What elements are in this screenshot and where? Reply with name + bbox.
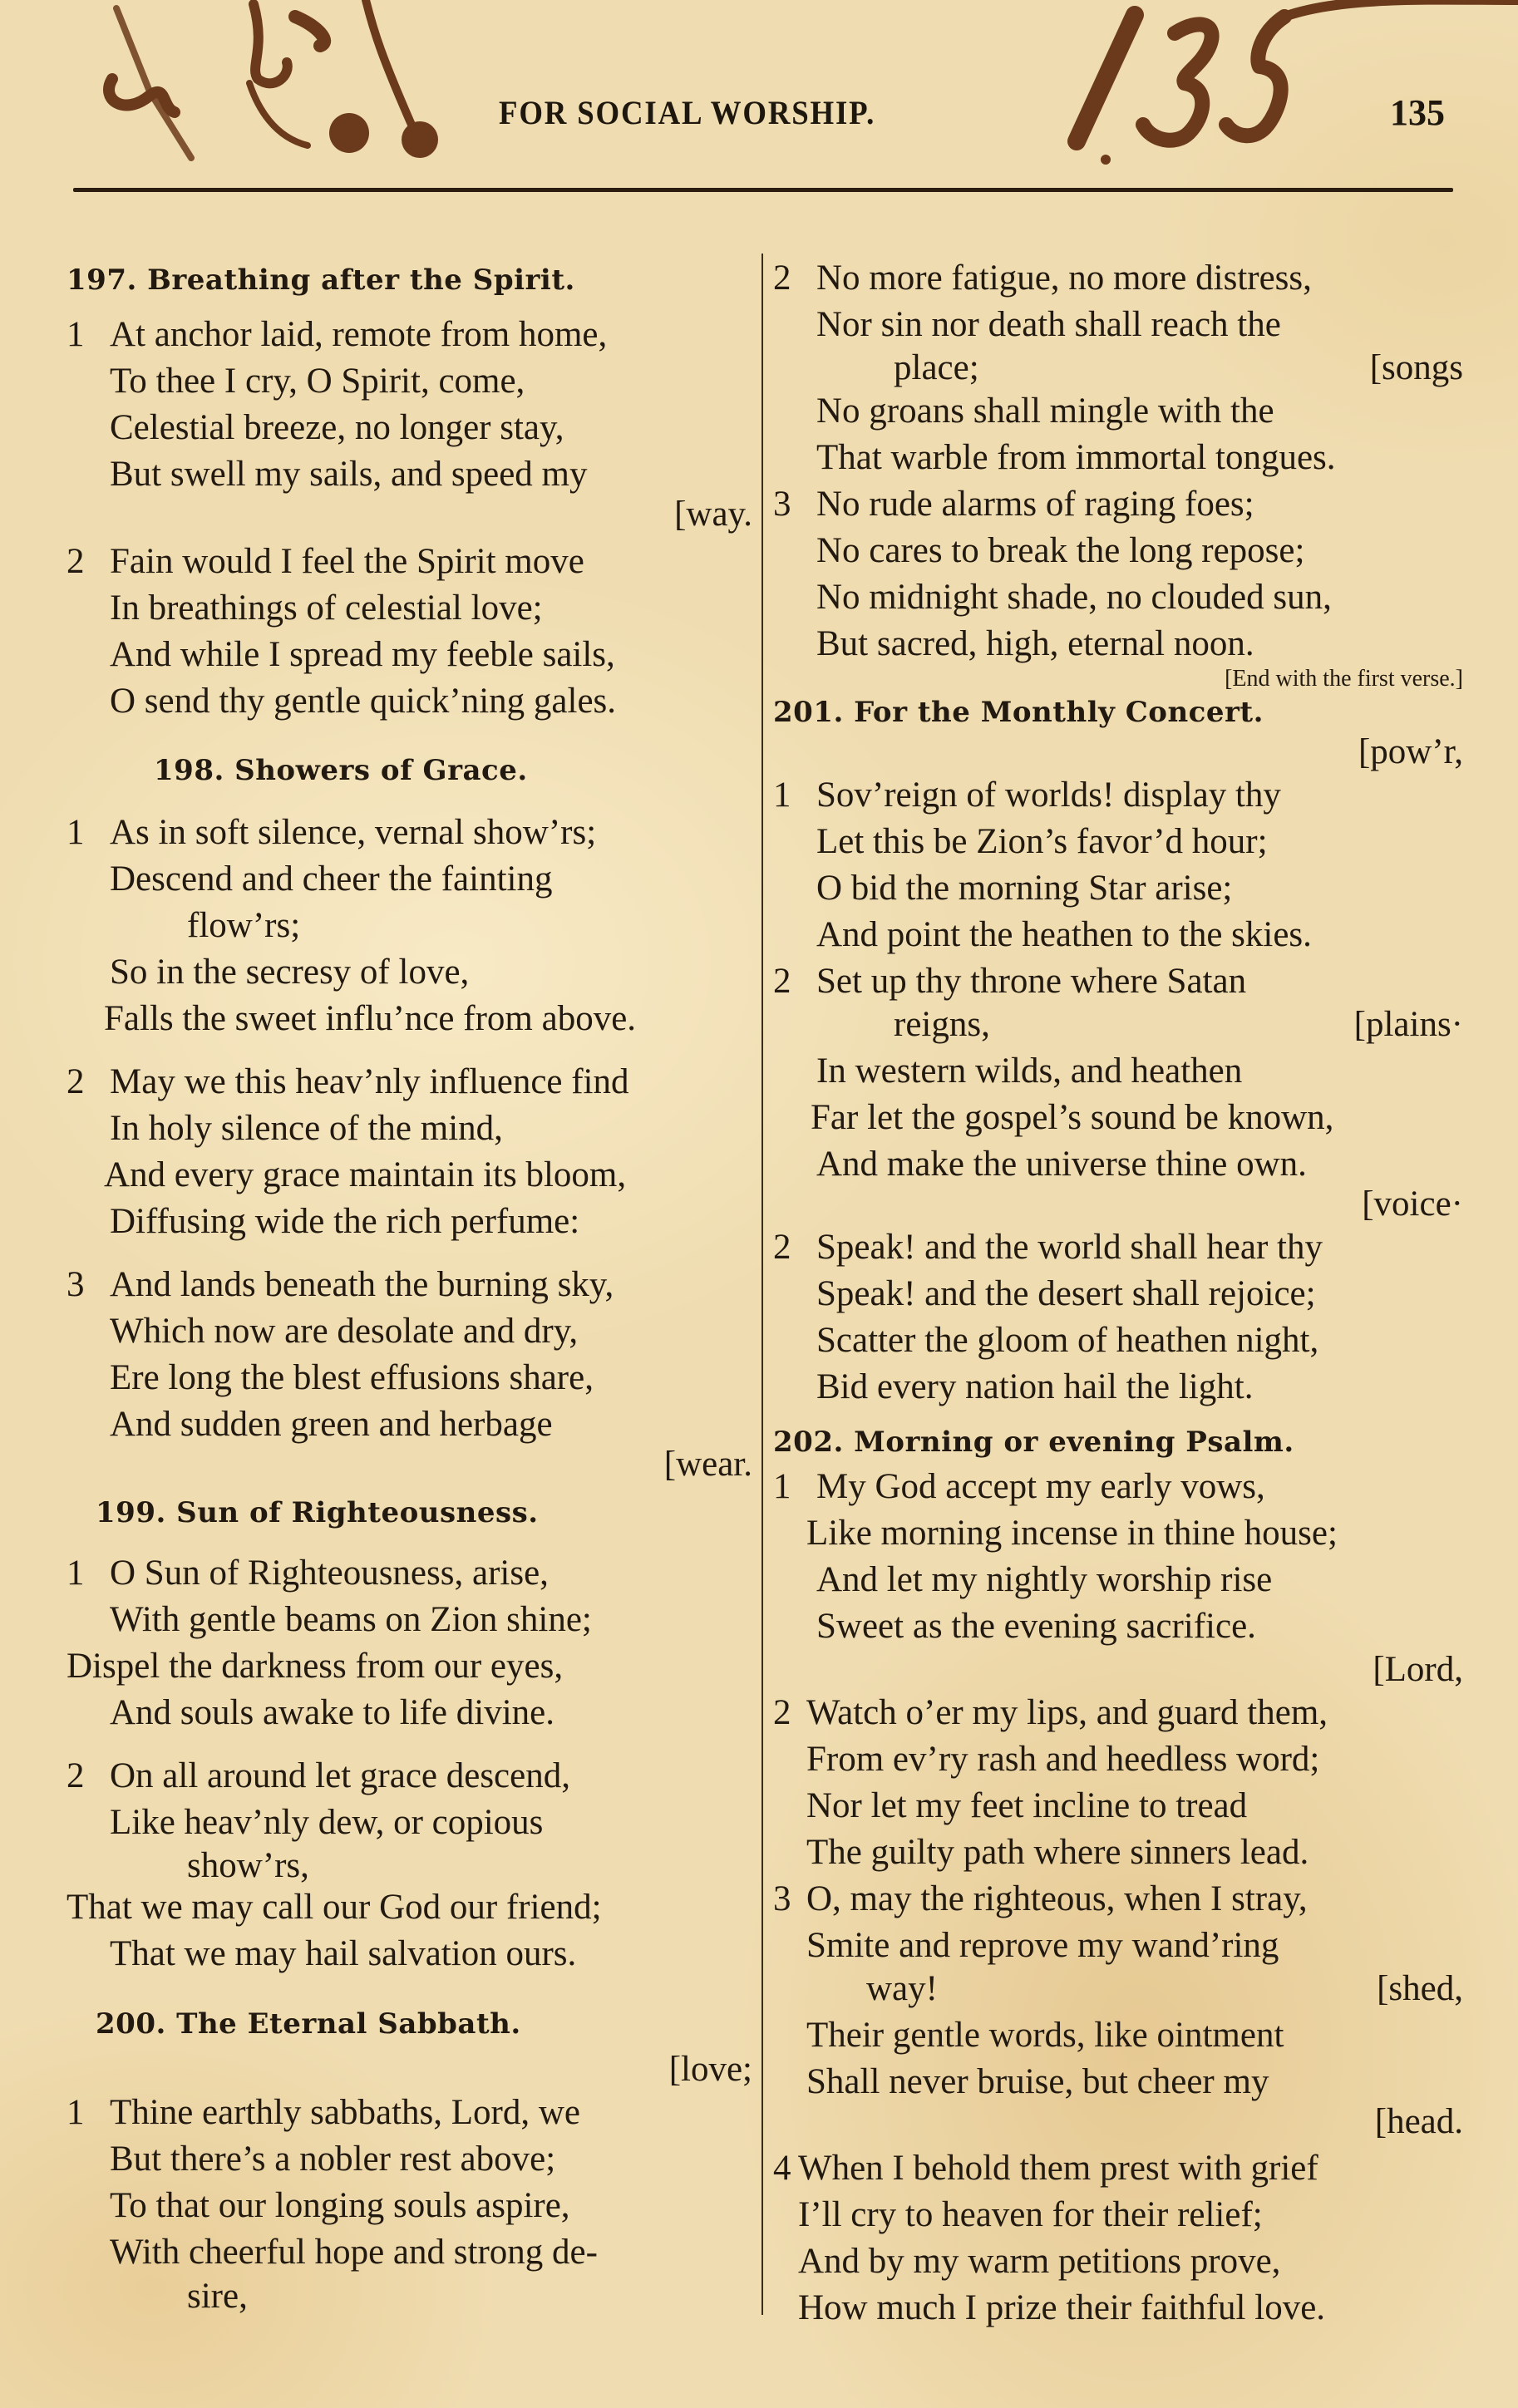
line-text: Sweet as the evening sacrifice.: [816, 1606, 1256, 1647]
page-number: 135: [1390, 91, 1445, 134]
line-text: place;: [894, 347, 979, 389]
line-text: From ev’ry rash and heedless word;: [806, 1739, 1319, 1780]
line-text: reigns,: [894, 1004, 990, 1046]
line-text: In breathings of celestial love;: [110, 588, 543, 629]
line-text: [wear.: [664, 1444, 752, 1485]
line-text: May we this heav’nly influence find: [110, 1061, 629, 1103]
line-text: And let my nightly worship rise: [816, 1559, 1272, 1601]
column-divider: [761, 254, 763, 2315]
line-text: And point the heathen to the skies.: [816, 914, 1312, 956]
line-text: No cares to break the long repose;: [816, 530, 1304, 572]
line-text: Speak! and the world shall hear thy: [816, 1227, 1323, 1268]
line-text: Nor sin nor death shall reach the: [816, 304, 1281, 346]
line-text: But swell my sails, and speed my: [110, 454, 587, 495]
verse-number: 2: [773, 258, 806, 299]
line-text: No groans shall mingle with the: [816, 391, 1274, 432]
line-text: On all around let grace descend,: [110, 1756, 570, 1797]
header-rule: [73, 188, 1453, 192]
line-text: Let this be Zion’s favor’d hour;: [816, 821, 1268, 863]
line-text: Which now are desolate and dry,: [110, 1311, 578, 1352]
line-text: And by my warm petitions prove,: [798, 2241, 1280, 2282]
line-text: flow’rs;: [187, 905, 300, 947]
line-text: So in the secresy of love,: [110, 952, 469, 993]
line-text: Descend and cheer the fainting: [110, 859, 552, 900]
line-text: [pow’r,: [1358, 731, 1463, 773]
verse-number: 1: [773, 775, 806, 816]
verse-number: 3: [773, 484, 806, 525]
line-text: show’rs,: [187, 1845, 309, 1887]
line-text: Set up thy throne where Satan: [816, 961, 1246, 1002]
line-text: My God accept my early vows,: [816, 1466, 1265, 1508]
line-text: Ere long the blest effusions share,: [110, 1357, 594, 1399]
verse-number: 3: [67, 1264, 100, 1306]
verse-number: 1: [67, 812, 100, 854]
line-text: Thine earthly sabbaths, Lord, we: [110, 2092, 580, 2134]
line-text: How much I prize their faithful love.: [798, 2287, 1325, 2329]
line-text: Their gentle words, like ointment: [806, 2015, 1284, 2056]
line-text: Far let the gospel’s sound be known,: [811, 1097, 1333, 1139]
line-text: Celestial breeze, no longer stay,: [110, 407, 564, 449]
line-text: As in soft silence, vernal show’rs;: [110, 812, 596, 854]
line-text: [way.: [674, 494, 752, 535]
verse-number: 2: [773, 961, 806, 1002]
line-text: Diffusing wide the rich perfume:: [110, 1201, 579, 1243]
verse-number: 1: [67, 314, 100, 356]
hymn-title-text: 199. Sun of Righteousness.: [96, 1492, 539, 1534]
line-text: Falls the sweet influ’nce from above.: [104, 998, 636, 1040]
line-text: That we may call our God our friend;: [67, 1887, 602, 1928]
line-text: And lands beneath the burning sky,: [110, 1264, 614, 1306]
verse-number: 1: [67, 1553, 100, 1594]
line-text: But there’s a nobler rest above;: [110, 2139, 555, 2180]
line-text: When I behold them prest with grief: [798, 2148, 1318, 2189]
bracketed-turnover: [shed,: [1377, 1968, 1463, 2010]
hymn-title-text: 200. The Eternal Sabbath.: [96, 2003, 521, 2045]
hymn-title-text: 197. Breathing after the Spirit.: [67, 259, 575, 301]
line-text: [love;: [669, 2049, 752, 2090]
book-page: FOR SOCIAL WORSHIP. 135 197. Breathing a…: [0, 0, 1518, 2408]
line-text: Like morning incense in thine house;: [806, 1513, 1338, 1554]
line-text: O bid the morning Star arise;: [816, 868, 1232, 909]
line-text: But sacred, high, eternal noon.: [816, 623, 1254, 665]
verse-number: 3: [773, 1879, 806, 1920]
line-text: In western wilds, and heathen: [816, 1051, 1242, 1092]
verse-number: 2: [67, 541, 100, 583]
hymn-title-text: 201. For the Monthly Concert.: [773, 692, 1264, 733]
line-text: Speak! and the desert shall rejoice;: [816, 1273, 1316, 1315]
line-text: Nor let my feet incline to tread: [806, 1785, 1247, 1827]
verse-number: 2: [67, 1756, 100, 1797]
line-text: Smite and reprove my wand’ring: [806, 1925, 1279, 1967]
line-text: And while I spread my feeble sails,: [110, 634, 615, 676]
line-text: And every grace maintain its bloom,: [104, 1155, 626, 1196]
line-text: [Lord,: [1373, 1649, 1463, 1691]
hymn-title-text: 202. Morning or evening Psalm.: [773, 1421, 1294, 1463]
line-text: O, may the righteous, when I stray,: [806, 1879, 1308, 1920]
running-head: FOR SOCIAL WORSHIP.: [499, 93, 875, 132]
line-text: That warble from immortal tongues.: [816, 437, 1336, 479]
verse-number: 2: [773, 1227, 806, 1268]
line-text: To that our longing souls aspire,: [110, 2185, 570, 2227]
line-text: Sov’reign of worlds! display thy: [816, 775, 1281, 816]
line-text: O Sun of Righteousness, arise,: [110, 1553, 549, 1594]
line-text: And sudden green and herbage: [110, 1404, 553, 1445]
line-text: O send thy gentle quick’ning gales.: [110, 681, 616, 722]
line-text: No rude alarms of raging foes;: [816, 484, 1254, 525]
hymn-title-text: 198. Showers of Grace.: [154, 750, 528, 791]
line-text: That we may hail salvation ours.: [110, 1933, 576, 1975]
line-text: To thee I cry, O Spirit, come,: [110, 361, 525, 402]
bracketed-turnover: [plains·: [1354, 1004, 1463, 1046]
line-text: Shall never bruise, but cheer my: [806, 2061, 1269, 2103]
handwritten-page-number-icon: [1043, 0, 1518, 175]
line-text: No midnight shade, no clouded sun,: [816, 577, 1332, 618]
line-text: Scatter the gloom of heathen night,: [816, 1320, 1318, 1362]
line-text: With gentle beams on Zion shine;: [110, 1599, 592, 1641]
verse-number: 1: [773, 1466, 806, 1508]
line-text: I’ll cry to heaven for their relief;: [798, 2194, 1263, 2236]
line-text: In holy silence of the mind,: [110, 1108, 503, 1150]
line-text: Like heav’nly dew, or copious: [110, 1802, 543, 1844]
line-text: At anchor laid, remote from home,: [110, 314, 607, 356]
line-text: No more fatigue, no more distress,: [816, 258, 1312, 299]
line-text: And make the universe thine own.: [816, 1144, 1307, 1185]
line-text: Watch o’er my lips, and guard them,: [806, 1692, 1328, 1734]
handwritten-mark-left-icon: [91, 0, 441, 183]
verse-number: 2: [67, 1061, 100, 1103]
line-text: [voice·: [1362, 1184, 1463, 1225]
verse-number: 1: [67, 2092, 100, 2134]
line-text: Bid every nation hail the light.: [816, 1367, 1253, 1408]
line-text: Fain would I feel the Spirit move: [110, 541, 584, 583]
verse-number: 2: [773, 1692, 806, 1734]
bracketed-turnover: [songs: [1370, 347, 1463, 389]
line-text: way!: [866, 1968, 938, 2010]
line-text: [head.: [1375, 2101, 1463, 2143]
line-text: With cheerful hope and strong de-: [110, 2232, 598, 2273]
line-text: The guilty path where sinners lead.: [806, 1832, 1309, 1874]
line-text: sire,: [187, 2276, 248, 2317]
line-text: And souls awake to life divine.: [110, 1692, 554, 1734]
line-text: Dispel the darkness from our eyes,: [67, 1646, 563, 1687]
